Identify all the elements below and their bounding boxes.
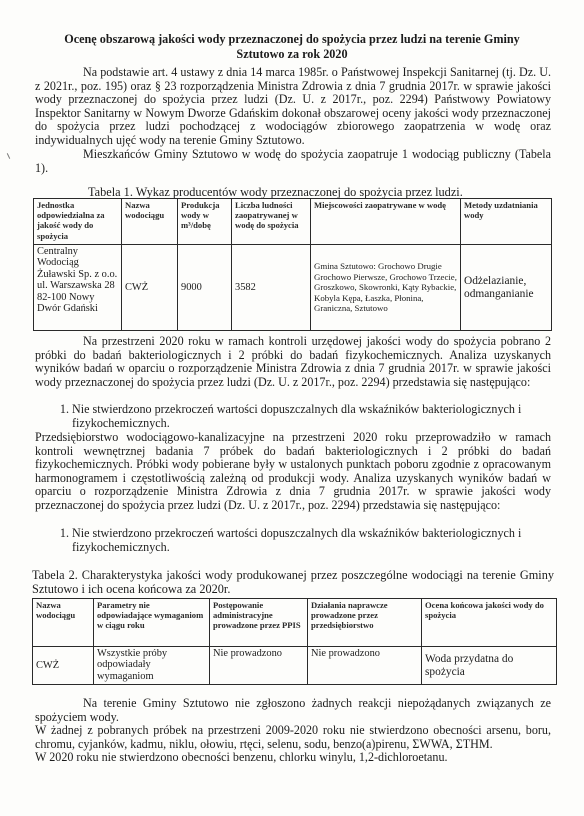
official-control-paragraph: Na przestrzeni 2020 roku w ramach kontro… (35, 335, 551, 389)
table2-header-cell: Nazwa wodociągu (33, 599, 94, 647)
table2-header-cell: Parametry nie odpowiadające wymaganiom w… (94, 599, 210, 647)
table1-producers: Jednostka odpowiedzialna za jakość wody … (33, 198, 552, 331)
official-control-text: Na przestrzeni 2020 roku w ramach kontro… (35, 334, 551, 389)
population-cell: 3582 (232, 245, 311, 331)
intro-paragraph: Na podstawie art. 4 ustawy z dnia 14 mar… (35, 66, 551, 148)
production-cell: 9000 (178, 245, 232, 331)
supply-text: Mieszkańców Gminy Sztutowo w wodę do spo… (35, 147, 551, 175)
table2-header-row: Nazwa wodociągu Parametry nie odpowiadaj… (33, 599, 557, 647)
table1-header-cell: Miejscowości zaopatrywane w wodę (311, 199, 461, 245)
internal-control-text: Przedsiębiorstwo wodociągowo-kanalizacyj… (35, 430, 551, 512)
treatment-methods-cell: Odżelazianie, odmanganianie (461, 245, 552, 331)
table2-header-cell: Ocena końcowa jakości wody do spożycia (422, 599, 557, 647)
supply-paragraph: Mieszkańców Gminy Sztutowo w wodę do spo… (35, 148, 551, 175)
finding-item: Nie stwierdzono przekroczeń wartości dop… (72, 403, 572, 430)
waterworks-name-cell: CWŻ (33, 647, 94, 685)
finding-item: Nie stwierdzono przekroczeń wartości dop… (72, 527, 572, 554)
table2-caption: Tabela 2. Charakterystyka jakości wody p… (32, 569, 554, 596)
table1-header-cell: Metody uzdatniania wody (461, 199, 552, 245)
document-page: Ocenę obszarową jakości wody przeznaczon… (0, 0, 584, 816)
intro-text: Na podstawie art. 4 ustawy z dnia 14 mar… (35, 65, 551, 147)
table2-header-cell: Działania naprawcze prowadzone przez prz… (308, 599, 422, 647)
waterworks-name-cell: CWŻ (122, 245, 178, 331)
table2-quality: Nazwa wodociągu Parametry nie odpowiadaj… (32, 598, 557, 685)
table1-header-cell: Liczba ludności zaopatrywanej w wodę do … (232, 199, 311, 245)
scan-mark (7, 153, 10, 159)
table1-header-cell: Nazwa wodociągu (122, 199, 178, 245)
document-title: Ocenę obszarową jakości wody przeznaczon… (40, 32, 544, 62)
internal-control-findings: Nie stwierdzono przekroczeń wartości dop… (48, 527, 572, 554)
table-row: CWŻ Wszystkie próby odpowiadały wymagani… (33, 647, 557, 685)
table-row: Centralny Wodociąg Żuławski Sp. z o.o. u… (34, 245, 552, 331)
corrective-action-cell: Nie prowadzono (308, 647, 422, 685)
table2-header-cell: Postępowanie administracyjne prowadzone … (210, 599, 308, 647)
final-assessment-cell: Woda przydatna do spożycia (422, 647, 557, 685)
official-control-findings: Nie stwierdzono przekroczeń wartości dop… (48, 403, 572, 430)
admin-action-cell: Nie prowadzono (210, 647, 308, 685)
responsible-unit-cell: Centralny Wodociąg Żuławski Sp. z o.o. u… (34, 245, 122, 331)
internal-control-paragraph: Przedsiębiorstwo wodociągowo-kanalizacyj… (35, 431, 551, 513)
parameters-cell: Wszystkie próby odpowiadały wymaganiom (94, 647, 210, 685)
table1-header-cell: Jednostka odpowiedzialna za jakość wody … (34, 199, 122, 245)
table1-header-cell: Produkcja wody w m³/dobę (178, 199, 232, 245)
closing-paragraph-1: W żadnej z pobranych próbek na przestrze… (35, 724, 551, 751)
adverse-reactions-paragraph: Na terenie Gminy Sztutowo nie zgłoszono … (35, 697, 551, 724)
adverse-reactions-text: Na terenie Gminy Sztutowo nie zgłoszono … (35, 696, 551, 724)
table1-header-row: Jednostka odpowiedzialna za jakość wody … (34, 199, 552, 245)
localities-cell: Gmina Sztutowo: Grochowo Drugie Grochowo… (311, 245, 461, 331)
closing-paragraph-2: W 2020 roku nie stwierdzono obecności be… (35, 751, 551, 765)
